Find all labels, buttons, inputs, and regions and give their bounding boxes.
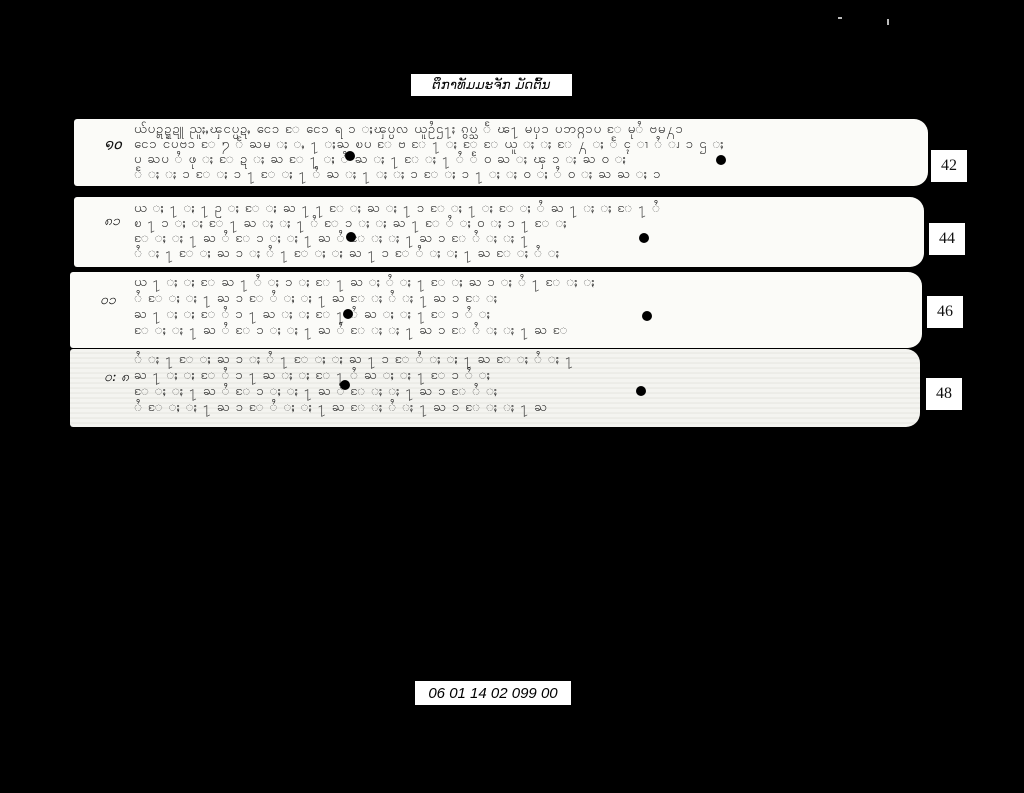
manuscript-title-label: ຕຶກາທັມມະຈັກ ມັດຕົ້ນ xyxy=(411,74,572,96)
scan-speck xyxy=(838,17,842,19)
text-line: ႆ ႄ ႈ ႏ ႑ ႀ ၁ ႄ ႆ ႈ ႏ ႑ ႀ ႄ ႈ ႆ ႏ ႑ ႀ ၁ … xyxy=(134,399,548,418)
leaf-margin-number: ၀၁ xyxy=(100,290,116,311)
palm-leaf-2: ၈၁ ယ ႈ ႑ ႏ ႑ ဥ ႈ ႄ ႏ ႀ ႑ ႑ ႄ ႈ ႀ ႏ ႑ ၁ ႄ… xyxy=(74,197,924,267)
text-line: ႄ ႈ ႏ ႑ ႀ ႆ ႄ ၁ ႈ ႏ ႑ ႀ ႆ ႄ ႈ ႏ ႑ ႀ ၁ ႄ … xyxy=(134,322,569,341)
leaf-margin-number: ၀: ၈ xyxy=(104,367,129,388)
string-hole xyxy=(343,309,353,319)
page-number-tag: 44 xyxy=(929,223,965,255)
catalog-code-label: 06 01 14 02 099 00 xyxy=(415,681,571,705)
string-hole xyxy=(642,311,652,321)
leaf-margin-number: ၈၁ xyxy=(104,211,120,232)
string-hole xyxy=(345,151,355,161)
string-hole xyxy=(636,386,646,396)
page-number-tag: 46 xyxy=(927,296,963,328)
leaf-margin-number: ໑໐ xyxy=(104,137,122,153)
scan-speck xyxy=(887,19,889,25)
text-line: ႆ ႏ ႑ ႄ ႈ ႀ ၁ ႏ ႆ ႑ ႄ ႈ ႏ ႀ ႑ ၁ ႄ ႆ ႈ ႏ … xyxy=(134,245,560,264)
text-line: ႅ ႈ ႏ ၁ ႄ ႏ ၁ ႑ ႄ ႏ ႑ ႆ ႀ ႈ ႑ ႏ ႈ ၁ ႄ ႏ … xyxy=(134,166,661,185)
string-hole xyxy=(639,233,649,243)
page-number-tag: 48 xyxy=(926,378,962,410)
string-hole xyxy=(346,232,356,242)
string-hole xyxy=(340,380,350,390)
string-hole xyxy=(716,155,726,165)
page-number-tag: 42 xyxy=(931,150,967,182)
palm-leaf-4: ၀: ၈ ႆ ႏ ႑ ႄ ႈ ႀ ၁ ႏ ႆ ႑ ႄ ႈ ႏ ႀ ႑ ၁ ႄ ႆ… xyxy=(70,349,920,427)
palm-leaf-1: ໑໐ ယ်ပဍ္ပဍ္ဍဍူ ညူႏႇၾငပ္ပဍႇ ငေ၁ ႄ ငေ၁ ရ ၁… xyxy=(74,119,928,186)
palm-leaf-3: ၀၁ ယ ႑ ႈ ႏ ႄ ႀ ႑ ႆ ႈ ၁ ႏ ႄ ႑ ႀ ႈ ႆ ႏ ႑ ႄ… xyxy=(70,272,922,348)
